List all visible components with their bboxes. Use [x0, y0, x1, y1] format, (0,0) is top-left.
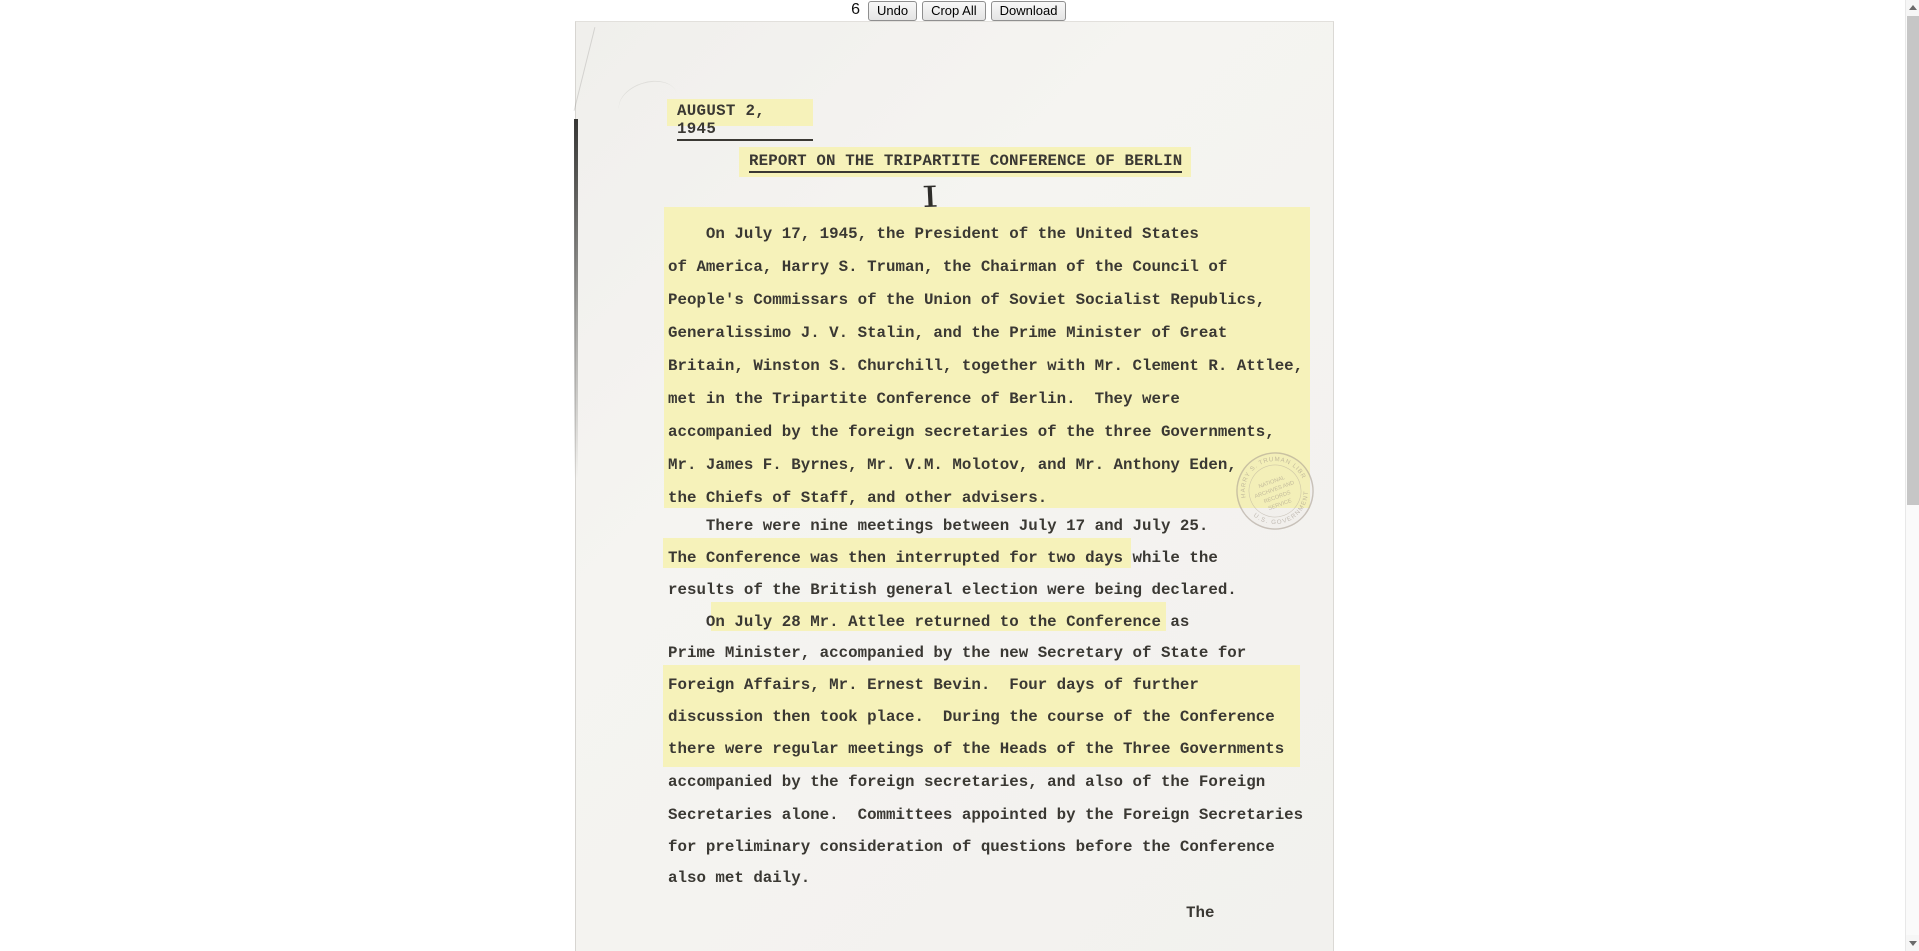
document-title: REPORT ON THE TRIPARTITE CONFERENCE OF B…: [749, 152, 1182, 173]
document-line: Prime Minister, accompanied by the new S…: [668, 642, 1246, 664]
scrollbar[interactable]: [1905, 0, 1919, 951]
handwritten-numeral: I: [921, 180, 939, 214]
document-line: accompanied by the foreign secretaries o…: [668, 421, 1275, 443]
document-line: met in the Tripartite Conference of Berl…: [668, 388, 1180, 410]
chevron-down-icon: [1909, 941, 1917, 946]
catchword: The: [1186, 904, 1214, 922]
paper-crease: [574, 27, 596, 111]
document-line: of America, Harry S. Truman, the Chairma…: [668, 256, 1227, 278]
scroll-down-button[interactable]: [1906, 935, 1919, 951]
document-line: also met daily.: [668, 867, 810, 889]
document-date: AUGUST 2, 1945: [677, 102, 813, 141]
document-line: People's Commissars of the Union of Sovi…: [668, 289, 1265, 311]
document-line: the Chiefs of Staff, and other advisers.: [668, 487, 1047, 509]
undo-button[interactable]: Undo: [868, 1, 917, 21]
toolbar-buttons: Undo Crop All Download: [868, 1, 1066, 21]
document-line: for preliminary consideration of questio…: [668, 836, 1275, 858]
scrollbar-thumb[interactable]: [1907, 16, 1919, 505]
title-highlight: REPORT ON THE TRIPARTITE CONFERENCE OF B…: [739, 147, 1191, 177]
scan-edge-shadow: [574, 119, 578, 479]
document-line: Mr. James F. Byrnes, Mr. V.M. Molotov, a…: [668, 454, 1237, 476]
document-line: there were regular meetings of the Heads…: [668, 738, 1284, 760]
page-count: 6: [840, 1, 860, 19]
toolbar: 6 Undo Crop All Download: [0, 0, 1905, 22]
document-line: There were nine meetings between July 17…: [668, 515, 1208, 537]
document-page: AUGUST 2, 1945 REPORT ON THE TRIPARTITE …: [575, 21, 1334, 951]
document-line: results of the British general election …: [668, 579, 1237, 601]
document-line: Foreign Affairs, Mr. Ernest Bevin. Four …: [668, 674, 1199, 696]
scroll-up-button[interactable]: [1906, 0, 1919, 16]
date-highlight: AUGUST 2, 1945: [667, 99, 813, 126]
document-line: The Conference was then interrupted for …: [668, 547, 1218, 569]
document-line: On July 17, 1945, the President of the U…: [668, 223, 1199, 245]
crop-all-button[interactable]: Crop All: [922, 1, 986, 21]
document-line: Secretaries alone. Committees appointed …: [668, 804, 1303, 826]
document-line: accompanied by the foreign secretaries, …: [668, 771, 1265, 793]
document-line: On July 28 Mr. Attlee returned to the Co…: [668, 611, 1189, 633]
chevron-up-icon: [1909, 5, 1917, 10]
document-line: Generalissimo J. V. Stalin, and the Prim…: [668, 322, 1227, 344]
document-line: Britain, Winston S. Churchill, together …: [668, 355, 1303, 377]
download-button[interactable]: Download: [991, 1, 1067, 21]
document-line: discussion then took place. During the c…: [668, 706, 1275, 728]
library-stamp: HARRY S. TRUMAN LIBRARY U.S. GOVERNMENT …: [1229, 445, 1321, 537]
browser-viewport: 6 Undo Crop All Download AUGUST 2, 1945 …: [0, 0, 1919, 951]
